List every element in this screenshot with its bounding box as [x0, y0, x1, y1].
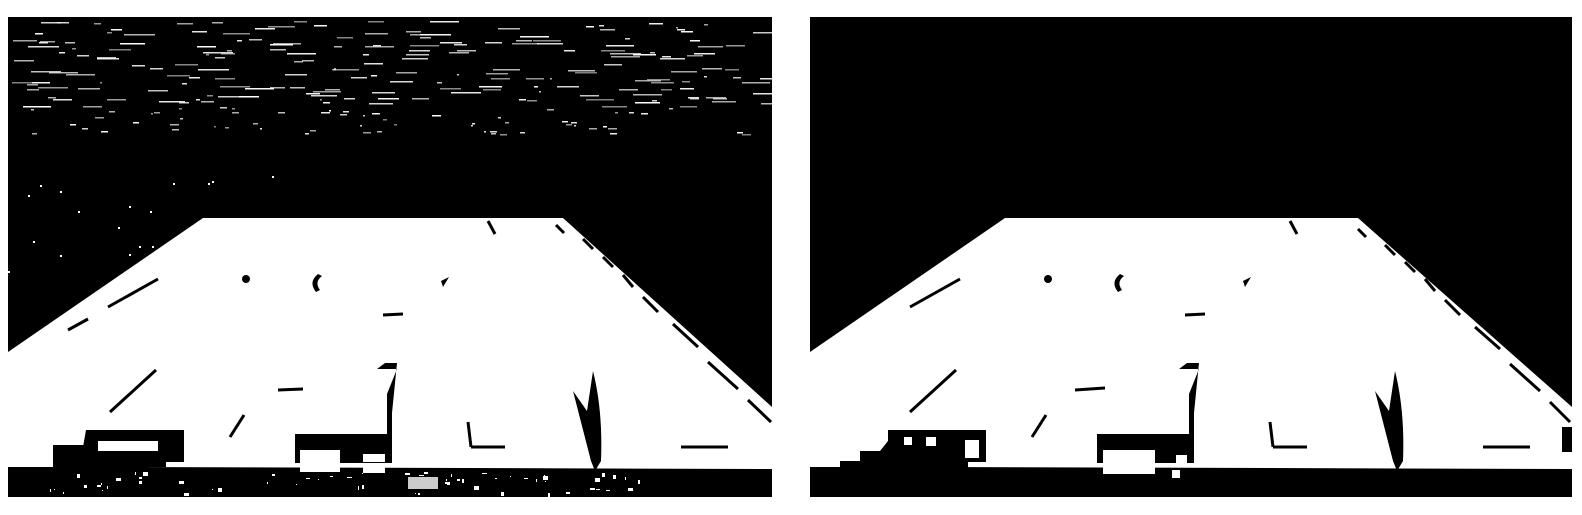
binary-image-cleaned: Cleaned binary mask after morphological … — [810, 17, 1572, 497]
raw-mask-canvas — [8, 17, 772, 497]
cleaned-mask-canvas — [810, 17, 1572, 497]
binary-image-raw: Raw binary threshold of floor scene (noi… — [8, 17, 772, 497]
